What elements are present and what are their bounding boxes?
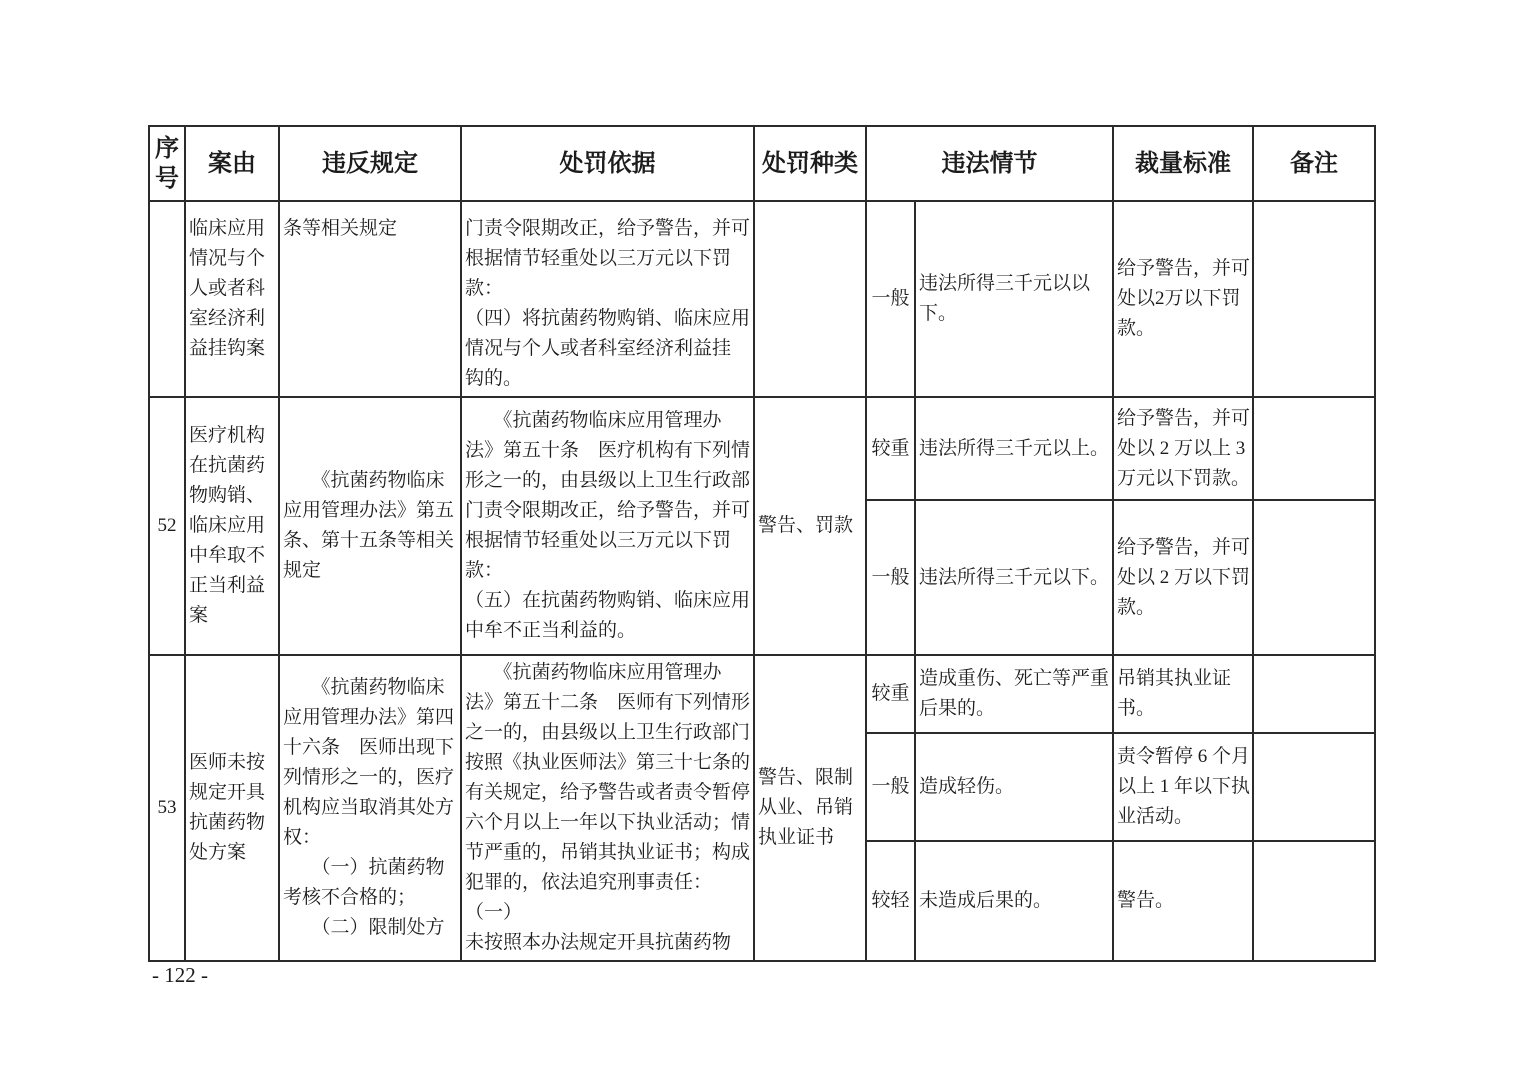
standard-cell: 给予警告，并可 处以 2 万以上 3 万元以下罚款。 bbox=[1113, 397, 1253, 500]
remark-cell bbox=[1253, 733, 1375, 841]
basis-cell: 《抗菌药物临床应用管理办 法》第五十二条 医师有下列情形 之一的，由县级以上卫生… bbox=[461, 655, 754, 961]
case-row-53: 53 医师未按 规定开具 抗菌药物 处方案 《抗菌药物临床 应用管理办法》第四 … bbox=[149, 655, 1375, 733]
standard-cell: 吊销其执业证 书。 bbox=[1113, 655, 1253, 733]
remark-cell bbox=[1253, 655, 1375, 733]
violation-cell: 条等相关规定 bbox=[279, 201, 461, 397]
violation-cell: 《抗菌药物临床 应用管理办法》第五 条、第十五条等相关 规定 bbox=[279, 397, 461, 655]
col-header-basis: 处罚依据 bbox=[461, 126, 754, 201]
standard-cell: 给予警告，并可 处以 2 万以下罚 款。 bbox=[1113, 500, 1253, 655]
col-header-remark: 备注 bbox=[1253, 126, 1375, 201]
cause-cell: 医师未按 规定开具 抗菌药物 处方案 bbox=[185, 655, 279, 961]
col-header-violation: 违反规定 bbox=[279, 126, 461, 201]
circumstance-cell: 违法所得三千元以下。 bbox=[915, 500, 1113, 655]
violation-cell: 《抗菌药物临床 应用管理办法》第四 十六条 医师出现下 列情形之一的，医疗 机构… bbox=[279, 655, 461, 961]
cause-cell: 临床应用 情况与个 人或者科 室经济利 益挂钩案 bbox=[185, 201, 279, 397]
penalty-standards-table: 序 号 案由 违反规定 处罚依据 处罚种类 违法情节 裁量标准 备注 临床应用 … bbox=[148, 125, 1376, 962]
severity-cell: 较轻 bbox=[866, 841, 915, 961]
standard-cell: 责令暂停 6 个月 以上 1 年以下执 业活动。 bbox=[1113, 733, 1253, 841]
case-row-52: 52 医疗机构 在抗菌药 物购销、 临床应用 中牟取不 正当利益 案 《抗菌药物… bbox=[149, 397, 1375, 500]
penalty-type-cell: 警告、限制 从业、吊销 执业证书 bbox=[754, 655, 866, 961]
col-header-cause: 案由 bbox=[185, 126, 279, 201]
col-header-standard: 裁量标准 bbox=[1113, 126, 1253, 201]
case-no-cell: 53 bbox=[149, 655, 185, 961]
basis-cell: 《抗菌药物临床应用管理办 法》第五十条 医疗机构有下列情 形之一的，由县级以上卫… bbox=[461, 397, 754, 655]
col-header-circumstance: 违法情节 bbox=[866, 126, 1113, 201]
severity-cell: 一般 bbox=[866, 733, 915, 841]
circumstance-cell: 违法所得三千元以上。 bbox=[915, 397, 1113, 500]
standard-cell: 警告。 bbox=[1113, 841, 1253, 961]
circumstance-cell: 违法所得三千元以以 下。 bbox=[915, 201, 1113, 397]
col-header-no: 序 号 bbox=[149, 126, 185, 201]
basis-cell: 门责令限期改正，给予警告，并可 根据情节轻重处以三万元以下罚 款： （四）将抗菌… bbox=[461, 201, 754, 397]
standard-cell: 给予警告，并可 处以2万以下罚 款。 bbox=[1113, 201, 1253, 397]
circumstance-cell: 造成轻伤。 bbox=[915, 733, 1113, 841]
severity-cell: 一般 bbox=[866, 500, 915, 655]
case-no-cell: 52 bbox=[149, 397, 185, 655]
remark-cell bbox=[1253, 500, 1375, 655]
col-header-penalty-type: 处罚种类 bbox=[754, 126, 866, 201]
severity-cell: 较重 bbox=[866, 397, 915, 500]
remark-cell bbox=[1253, 841, 1375, 961]
cause-cell: 医疗机构 在抗菌药 物购销、 临床应用 中牟取不 正当利益 案 bbox=[185, 397, 279, 655]
table-header-row: 序 号 案由 违反规定 处罚依据 处罚种类 违法情节 裁量标准 备注 bbox=[149, 126, 1375, 201]
severity-cell: 一般 bbox=[866, 201, 915, 397]
circumstance-cell: 未造成后果的。 bbox=[915, 841, 1113, 961]
circumstance-cell: 造成重伤、死亡等严重 后果的。 bbox=[915, 655, 1113, 733]
severity-cell: 较重 bbox=[866, 655, 915, 733]
page-number: - 122 - bbox=[152, 961, 208, 989]
penalty-type-cell bbox=[754, 201, 866, 397]
penalty-type-cell: 警告、罚款 bbox=[754, 397, 866, 655]
case-row-51-continued: 临床应用 情况与个 人或者科 室经济利 益挂钩案 条等相关规定 门责令限期改正，… bbox=[149, 201, 1375, 397]
case-no-cell bbox=[149, 201, 185, 397]
remark-cell bbox=[1253, 201, 1375, 397]
remark-cell bbox=[1253, 397, 1375, 500]
